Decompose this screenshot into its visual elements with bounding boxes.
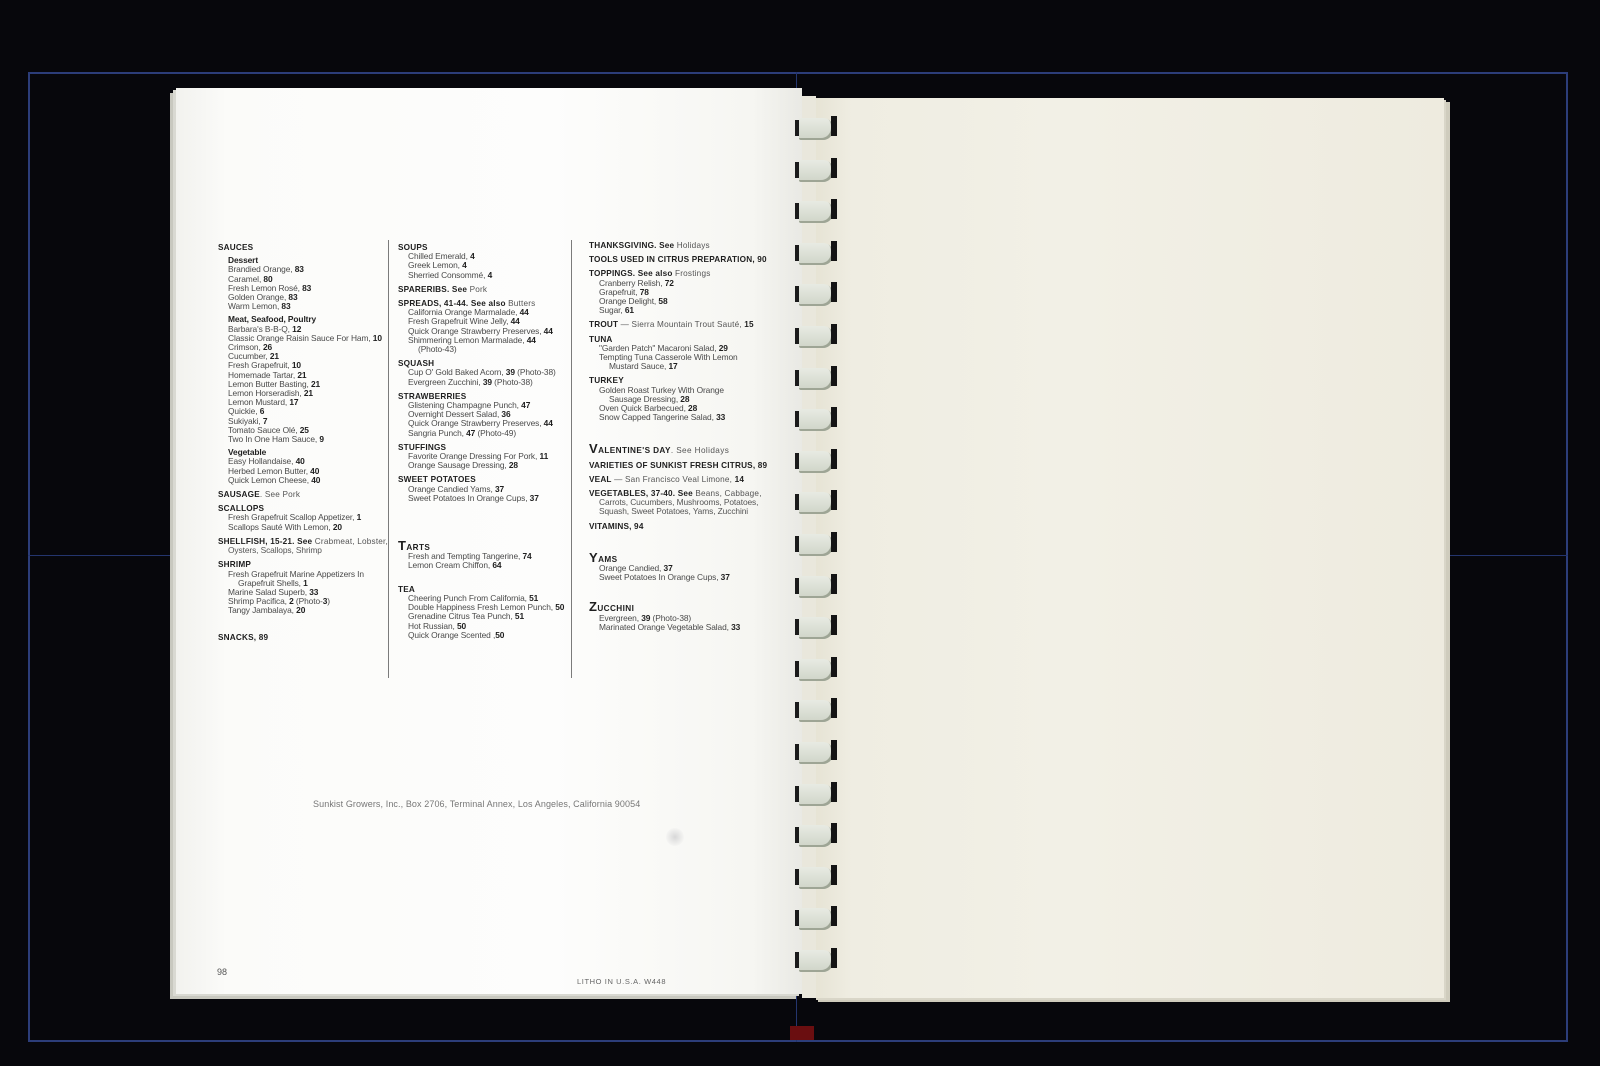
index-heading-sausage: SAUSAGE. See Pork: [218, 490, 388, 499]
index-list: Golden Roast Turkey With OrangeSausage D…: [589, 386, 767, 423]
index-entry: Sugar, 61: [599, 306, 767, 315]
binding-coil-icon: [795, 490, 835, 516]
index-entry: Scallops Sauté With Lemon, 20: [228, 523, 388, 532]
binding-coil-icon: [795, 906, 835, 932]
index-entry: Sweet Potatoes In Orange Cups, 37: [408, 494, 564, 503]
index-entry: Lemon Cream Chiffon, 64: [408, 561, 564, 570]
index-entry: Two In One Ham Sauce, 9: [228, 435, 388, 444]
index-list: Chilled Emerald, 4Greek Lemon, 4Sherried…: [398, 252, 564, 280]
index-crossref: Oysters, Scallops, Shrimp: [228, 546, 388, 555]
index-entry: Warm Lemon, 83: [228, 302, 388, 311]
binding-coil-icon: [795, 282, 835, 308]
index-heading-tools: TOOLS USED IN CITRUS PREPARATION, 90: [589, 255, 767, 264]
index-entry: Sherried Consommé, 4: [408, 271, 564, 280]
index-heading-vitamins: VITAMINS, 94: [589, 522, 767, 531]
binding-coil-icon: [795, 698, 835, 724]
index-entry: Marinated Orange Vegetable Salad, 33: [599, 623, 767, 632]
index-list: Cup O' Gold Baked Acorn, 39 (Photo-38)Ev…: [398, 368, 564, 386]
index-column-2: SOUPS Chilled Emerald, 4Greek Lemon, 4Sh…: [398, 243, 564, 640]
index-column-1: SAUCES Dessert Brandied Orange, 83Carame…: [218, 243, 388, 642]
index-entry: Evergreen Zucchini, 39 (Photo-38): [408, 378, 564, 387]
index-entry: Sangria Punch, 47 (Photo-49): [408, 429, 564, 438]
index-heading-trout: TROUT — Sierra Mountain Trout Sauté, 15: [589, 320, 767, 329]
index-entry: Snow Capped Tangerine Salad, 33: [599, 413, 767, 422]
right-page-blank: [814, 98, 1444, 998]
index-list: California Orange Marmalade, 44Fresh Gra…: [398, 308, 564, 354]
index-entry: Quick Lemon Cheese, 40: [228, 476, 388, 485]
printer-imprint: LITHO IN U.S.A. W448: [577, 977, 666, 986]
index-heading-snacks: SNACKS, 89: [218, 633, 388, 642]
index-list: Brandied Orange, 83Caramel, 80Fresh Lemo…: [218, 265, 388, 311]
index-heading-sauces: SAUCES: [218, 243, 388, 252]
binding-coil-icon: [795, 782, 835, 808]
index-letter-heading-v: VALENTINE'S DAY. See Holidays: [589, 444, 767, 455]
index-entry: Sweet Potatoes In Orange Cups, 37: [599, 573, 767, 582]
binding-coil-icon: [795, 116, 835, 142]
binding-coil-icon: [795, 366, 835, 392]
index-list: Cheering Punch From California, 51Double…: [398, 594, 564, 640]
index-entry-continued: (Photo-43): [418, 345, 564, 354]
index-heading-varieties: VARIETIES OF SUNKIST FRESH CITRUS, 89: [589, 461, 767, 470]
index-entry: Tangy Jambalaya, 20: [228, 606, 388, 615]
index-heading-spareribs: SPARERIBS. See Pork: [398, 285, 564, 294]
index-list: Fresh and Tempting Tangerine, 74Lemon Cr…: [398, 552, 564, 570]
binding-coil-icon: [795, 615, 835, 641]
index-entry: Orange Sausage Dressing, 28: [408, 461, 564, 470]
binding-coil-icon: [795, 241, 835, 267]
column-divider: [571, 240, 572, 678]
binding-coil-icon: [795, 740, 835, 766]
index-entry-continued: Mustard Sauce, 17: [609, 362, 767, 371]
index-list: Orange Candied Yams, 37Sweet Potatoes In…: [398, 485, 564, 503]
binding-coil-icon: [795, 532, 835, 558]
page-smudge: [666, 828, 684, 846]
index-list: Evergreen, 39 (Photo-38)Marinated Orange…: [589, 614, 767, 632]
binding-coil-icon: [795, 865, 835, 891]
binding-coil-icon: [795, 449, 835, 475]
index-heading-thanksgiving: THANKSGIVING. See Holidays: [589, 241, 767, 250]
page-number: 98: [217, 967, 227, 977]
binding-coil-icon: [795, 199, 835, 225]
binding-coil-icon: [795, 948, 835, 974]
index-list: Favorite Orange Dressing For Pork, 11Ora…: [398, 452, 564, 470]
index-column-3: THANKSGIVING. See Holidays TOOLS USED IN…: [589, 241, 767, 632]
binding-coil-icon: [795, 823, 835, 849]
index-list: Cranberry Relish, 72Grapefruit, 78Orange…: [589, 279, 767, 316]
index-list: Easy Hollandaise, 40Herbed Lemon Butter,…: [218, 457, 388, 485]
binding-coil-icon: [795, 407, 835, 433]
index-list: Fresh Grapefruit Marine Appetizers InGra…: [218, 570, 388, 616]
binding-coil-icon: [795, 158, 835, 184]
column-divider: [388, 240, 389, 678]
index-list: Barbara's B-B-Q, 12Classic Orange Raisin…: [218, 325, 388, 445]
binding-coil-icon: [795, 574, 835, 600]
binding-coil-icon: [795, 657, 835, 683]
index-crossref: Squash, Sweet Potatoes, Yams, Zucchini: [599, 507, 767, 516]
index-list: Glistening Champagne Punch, 47Overnight …: [398, 401, 564, 438]
index-list: Fresh Grapefruit Scallop Appetizer, 1Sca…: [218, 513, 388, 531]
index-entry: Quick Orange Scented ,50: [408, 631, 564, 640]
bookmark-ribbon: [790, 1026, 814, 1040]
index-list: "Garden Patch" Macaroni Salad, 29Temptin…: [589, 344, 767, 372]
index-heading-veal: VEAL — San Francisco Veal Limone, 14: [589, 475, 767, 484]
index-list: Orange Candied, 37Sweet Potatoes In Oran…: [589, 564, 767, 582]
binding-coil-icon: [795, 324, 835, 350]
publisher-address: Sunkist Growers, Inc., Box 2706, Termina…: [313, 799, 640, 809]
